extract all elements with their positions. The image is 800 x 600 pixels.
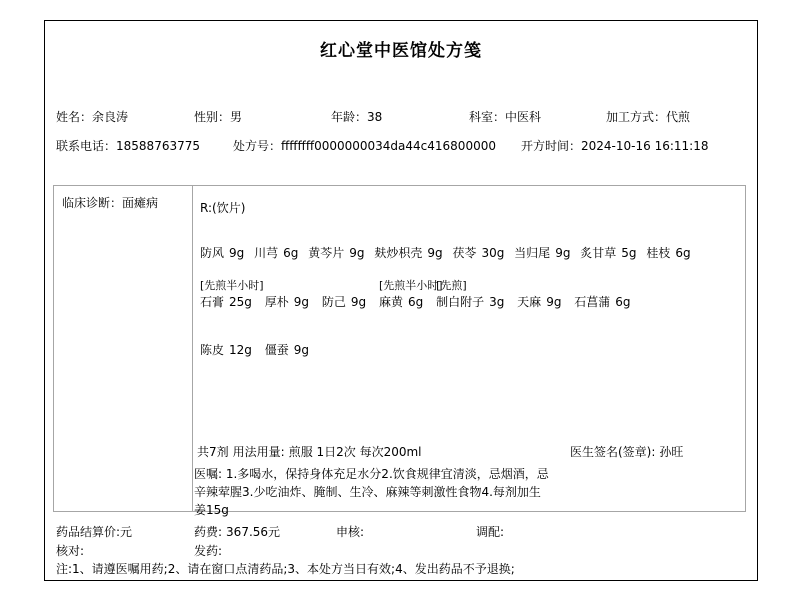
decoction-note: [先煎半小时] (200, 277, 264, 293)
settle-price-value: 元 (120, 525, 132, 539)
doctor-signature-label: 医生签名(签章): (570, 445, 655, 459)
check-field: 核对: (56, 542, 84, 559)
herb-dose: 25g (229, 295, 252, 309)
patient-info-row-1: 姓名：余良涛 性别：男 年龄：38 科室：中医科 加工方式：代煎 (45, 108, 757, 124)
herb-name: 麻黄 (379, 295, 403, 309)
herb-name: 麸炒枳壳 (374, 246, 422, 260)
medical-advice-line: 姜15g (194, 501, 646, 519)
field-gender: 性别：男 (194, 108, 242, 125)
herb-item: 防风9g (200, 244, 244, 261)
herb-name: 当归尾 (514, 246, 550, 260)
herb-name: 天麻 (517, 295, 541, 309)
footer-row-2: 核对: 发药: (45, 542, 757, 558)
herb-name: 桂枝 (646, 246, 670, 260)
gender-value: 男 (230, 110, 242, 124)
herb-item: 茯苓30g (452, 244, 504, 261)
dispense-field: 调配: (476, 523, 504, 540)
herb-name: 制白附子 (436, 295, 484, 309)
diagnosis-value: 面瘫病 (122, 196, 158, 210)
medical-advice-line: 辛辣荤腥3.少吃油炸、腌制、生冷、麻辣等刺激性食物4.每剂加生 (194, 483, 646, 501)
usage-value: 煎服 1日2次 每次200ml (289, 445, 422, 459)
rx-header: R:(饮片) (200, 199, 245, 216)
phone-label: 联系电话： (56, 139, 116, 153)
herb-item: 当归尾9g (514, 244, 570, 261)
field-patient-name: 姓名：余良涛 (56, 108, 128, 125)
herb-dose: 6g (408, 295, 423, 309)
usage-summary: 共7剂用法用量:煎服 1日2次 每次200ml (197, 443, 422, 460)
herb-item: 川芎6g (254, 244, 298, 261)
field-process-method: 加工方式：代煎 (606, 108, 690, 125)
settle-price-label: 药品结算价: (56, 525, 120, 539)
fee-value: 367.56元 (226, 525, 280, 539)
herb-dose: 12g (229, 343, 252, 357)
herb-row-1: 防风9g 川芎6g 黄芩片9g 麸炒枳壳9g 茯苓30g 当归尾9g 炙甘草5g… (200, 244, 697, 261)
fee-label: 药费: (194, 525, 222, 539)
department-value: 中医科 (505, 110, 541, 124)
herb-item: 厚朴9g (265, 293, 309, 310)
rx-number-label: 处方号： (233, 139, 281, 153)
rx-cell: R:(饮片) 防风9g 川芎6g 黄芩片9g 麸炒枳壳9g 茯苓30g 当归尾9… (193, 186, 745, 511)
medical-advice: 医嘱: 1.多喝水，保持身体充足水分2.饮食规律宜清淡，忌烟酒，忌 辛辣荤腥3.… (194, 465, 646, 519)
herb-dose: 6g (615, 295, 630, 309)
rx-time-value: 2024-10-16 16:11:18 (581, 139, 708, 153)
herb-dose: 9g (427, 246, 442, 260)
herb-item: [先煎]制白附子3g (436, 293, 504, 310)
field-rx-time: 开方时间：2024-10-16 16:11:18 (521, 137, 708, 154)
herb-name: 厚朴 (265, 295, 289, 309)
total-doses: 共7剂 (197, 445, 229, 459)
prescription-sheet: 红心堂中医馆处方笺 姓名：余良涛 性别：男 年龄：38 科室：中医科 加工方式：… (44, 20, 758, 581)
rx-time-label: 开方时间： (521, 139, 581, 153)
medical-advice-line: 医嘱: 1.多喝水，保持身体充足水分2.饮食规律宜清淡，忌烟酒，忌 (194, 465, 646, 483)
herb-dose: 5g (621, 246, 636, 260)
herb-dose: 6g (675, 246, 690, 260)
herb-dose: 9g (229, 246, 244, 260)
rx-number-value: ffffffff0000000034da44c416800000 (281, 139, 496, 153)
gender-label: 性别： (194, 110, 230, 124)
herb-item: [先煎半小时]石膏25g (200, 293, 252, 310)
herb-name: 黄芩片 (308, 246, 344, 260)
phone-value: 18588763775 (116, 139, 200, 153)
patient-name-label: 姓名： (56, 110, 92, 124)
doctor-signature: 医生签名(签章):孙旺 (570, 443, 683, 460)
herb-row-2: [先煎半小时]石膏25g 厚朴9g 防己9g [先煎半小时]麻黄6g [先煎]制… (200, 293, 640, 310)
age-label: 年龄： (331, 110, 367, 124)
note-line: 注:1、请遵医嘱用药;2、请在窗口点清药品;3、本处方当日有效;4、发出药品不予… (56, 560, 515, 577)
decoction-note: [先煎半小时] (379, 277, 443, 293)
herb-item: 防己9g (322, 293, 366, 310)
decoction-note: [先煎] (436, 277, 467, 293)
herb-name: 陈皮 (200, 343, 224, 357)
herb-dose: 6g (283, 246, 298, 260)
herb-dose: 9g (555, 246, 570, 260)
herb-item: 石菖蒲6g (574, 293, 630, 310)
herb-name: 防风 (200, 246, 224, 260)
herb-item: 陈皮12g (200, 341, 252, 358)
herb-dose: 9g (294, 343, 309, 357)
herb-item: 天麻9g (517, 293, 561, 310)
herb-dose: 9g (546, 295, 561, 309)
review-field: 申核: (336, 523, 364, 540)
herb-name: 僵蚕 (265, 343, 289, 357)
patient-name-value: 余良涛 (92, 110, 128, 124)
fee-field: 药费:367.56元 (194, 523, 280, 540)
prescription-table: 临床诊断：面瘫病 R:(饮片) 防风9g 川芎6g 黄芩片9g 麸炒枳壳9g 茯… (53, 185, 746, 512)
diagnosis-label: 临床诊断： (62, 196, 122, 210)
age-value: 38 (367, 110, 382, 124)
herb-item: 僵蚕9g (265, 341, 309, 358)
usage-label: 用法用量: (233, 445, 285, 459)
footer-row-1: 药品结算价:元 药费:367.56元 申核: 调配: (45, 523, 757, 539)
herb-dose: 30g (481, 246, 504, 260)
issue-field: 发药: (194, 542, 222, 559)
herb-dose: 9g (294, 295, 309, 309)
herb-item: 麸炒枳壳9g (374, 244, 442, 261)
herb-item: 黄芩片9g (308, 244, 364, 261)
herb-name: 石膏 (200, 295, 224, 309)
process-method-value: 代煎 (666, 110, 690, 124)
field-age: 年龄：38 (331, 108, 382, 125)
settle-price-field: 药品结算价:元 (56, 523, 132, 540)
herb-item: 桂枝6g (646, 244, 690, 261)
herb-name: 茯苓 (452, 246, 476, 260)
herb-name: 炙甘草 (580, 246, 616, 260)
herb-name: 川芎 (254, 246, 278, 260)
herb-name: 防己 (322, 295, 346, 309)
process-method-label: 加工方式： (606, 110, 666, 124)
herb-dose: 3g (489, 295, 504, 309)
patient-info-row-2: 联系电话：18588763775 处方号：ffffffff0000000034d… (45, 137, 757, 153)
field-phone: 联系电话：18588763775 (56, 137, 200, 154)
field-rx-number: 处方号：ffffffff0000000034da44c416800000 (233, 137, 496, 154)
diagnosis-cell: 临床诊断：面瘫病 (54, 186, 193, 511)
herb-name: 石菖蒲 (574, 295, 610, 309)
footer-note-row: 注:1、请遵医嘱用药;2、请在窗口点清药品;3、本处方当日有效;4、发出药品不予… (45, 560, 757, 576)
herb-item: [先煎半小时]麻黄6g (379, 293, 423, 310)
herb-row-3: 陈皮12g 僵蚕9g (200, 341, 318, 358)
herb-dose: 9g (351, 295, 366, 309)
herb-item: 炙甘草5g (580, 244, 636, 261)
page-title: 红心堂中医馆处方笺 (45, 36, 757, 61)
doctor-signature-value: 孙旺 (659, 445, 683, 459)
field-department: 科室：中医科 (469, 108, 541, 125)
department-label: 科室： (469, 110, 505, 124)
herb-dose: 9g (349, 246, 364, 260)
